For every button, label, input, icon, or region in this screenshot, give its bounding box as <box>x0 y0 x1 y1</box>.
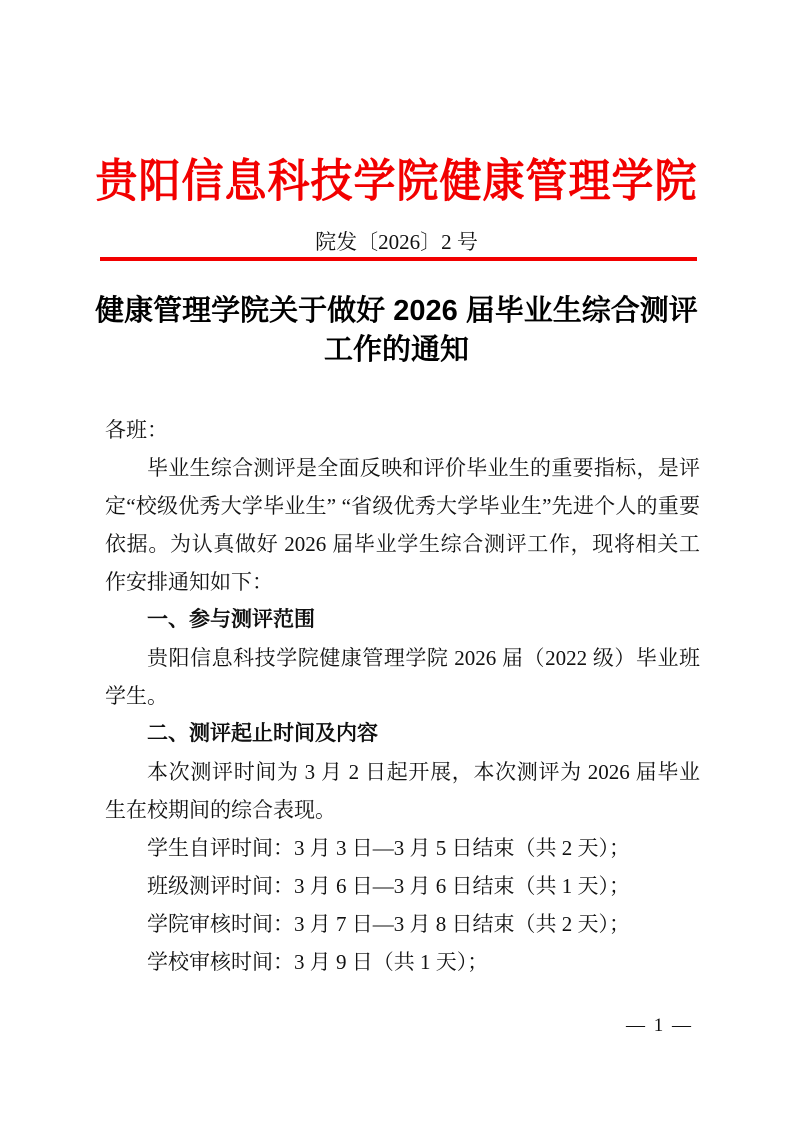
intro-paragraph: 毕业生综合测评是全面反映和评价毕业生的重要指标，是评定“校级优秀大学毕业生” “… <box>105 449 700 601</box>
doc-number: 院发〔2026〕2 号 <box>0 226 793 256</box>
schedule-item-college-review: 学院审核时间：3 月 7 日—3 月 8 日结束（共 2 天）； <box>105 905 700 943</box>
section-1-heading: 一、参与测评范围 <box>105 601 700 639</box>
section-2-heading: 二、测评起止时间及内容 <box>105 715 700 753</box>
red-divider-line <box>100 257 697 261</box>
org-title: 贵阳信息科技学院健康管理学院 <box>0 146 793 211</box>
schedule-item-student-self-eval: 学生自评时间：3 月 3 日—3 月 5 日结束（共 2 天）； <box>105 829 700 867</box>
section-2-text: 本次测评时间为 3 月 2 日起开展，本次测评为 2026 届毕业生在校期间的综… <box>105 753 700 829</box>
schedule-item-class-eval: 班级测评时间：3 月 6 日—3 月 6 日结束（共 1 天）； <box>105 867 700 905</box>
page-number: — 1 — <box>626 1015 693 1037</box>
document-title: 健康管理学院关于做好 2026 届毕业生综合测评工作的通知 <box>90 292 703 370</box>
section-1-text: 贵阳信息科技学院健康管理学院 2026 届（2022 级）毕业班学生。 <box>105 639 700 715</box>
schedule-item-school-review: 学校审核时间：3 月 9 日（共 1 天）； <box>105 943 700 981</box>
document-body: 各班： 毕业生综合测评是全面反映和评价毕业生的重要指标，是评定“校级优秀大学毕业… <box>105 411 700 981</box>
document-page: 贵阳信息科技学院健康管理学院 院发〔2026〕2 号 健康管理学院关于做好 20… <box>0 0 793 1122</box>
salutation: 各班： <box>105 411 700 449</box>
